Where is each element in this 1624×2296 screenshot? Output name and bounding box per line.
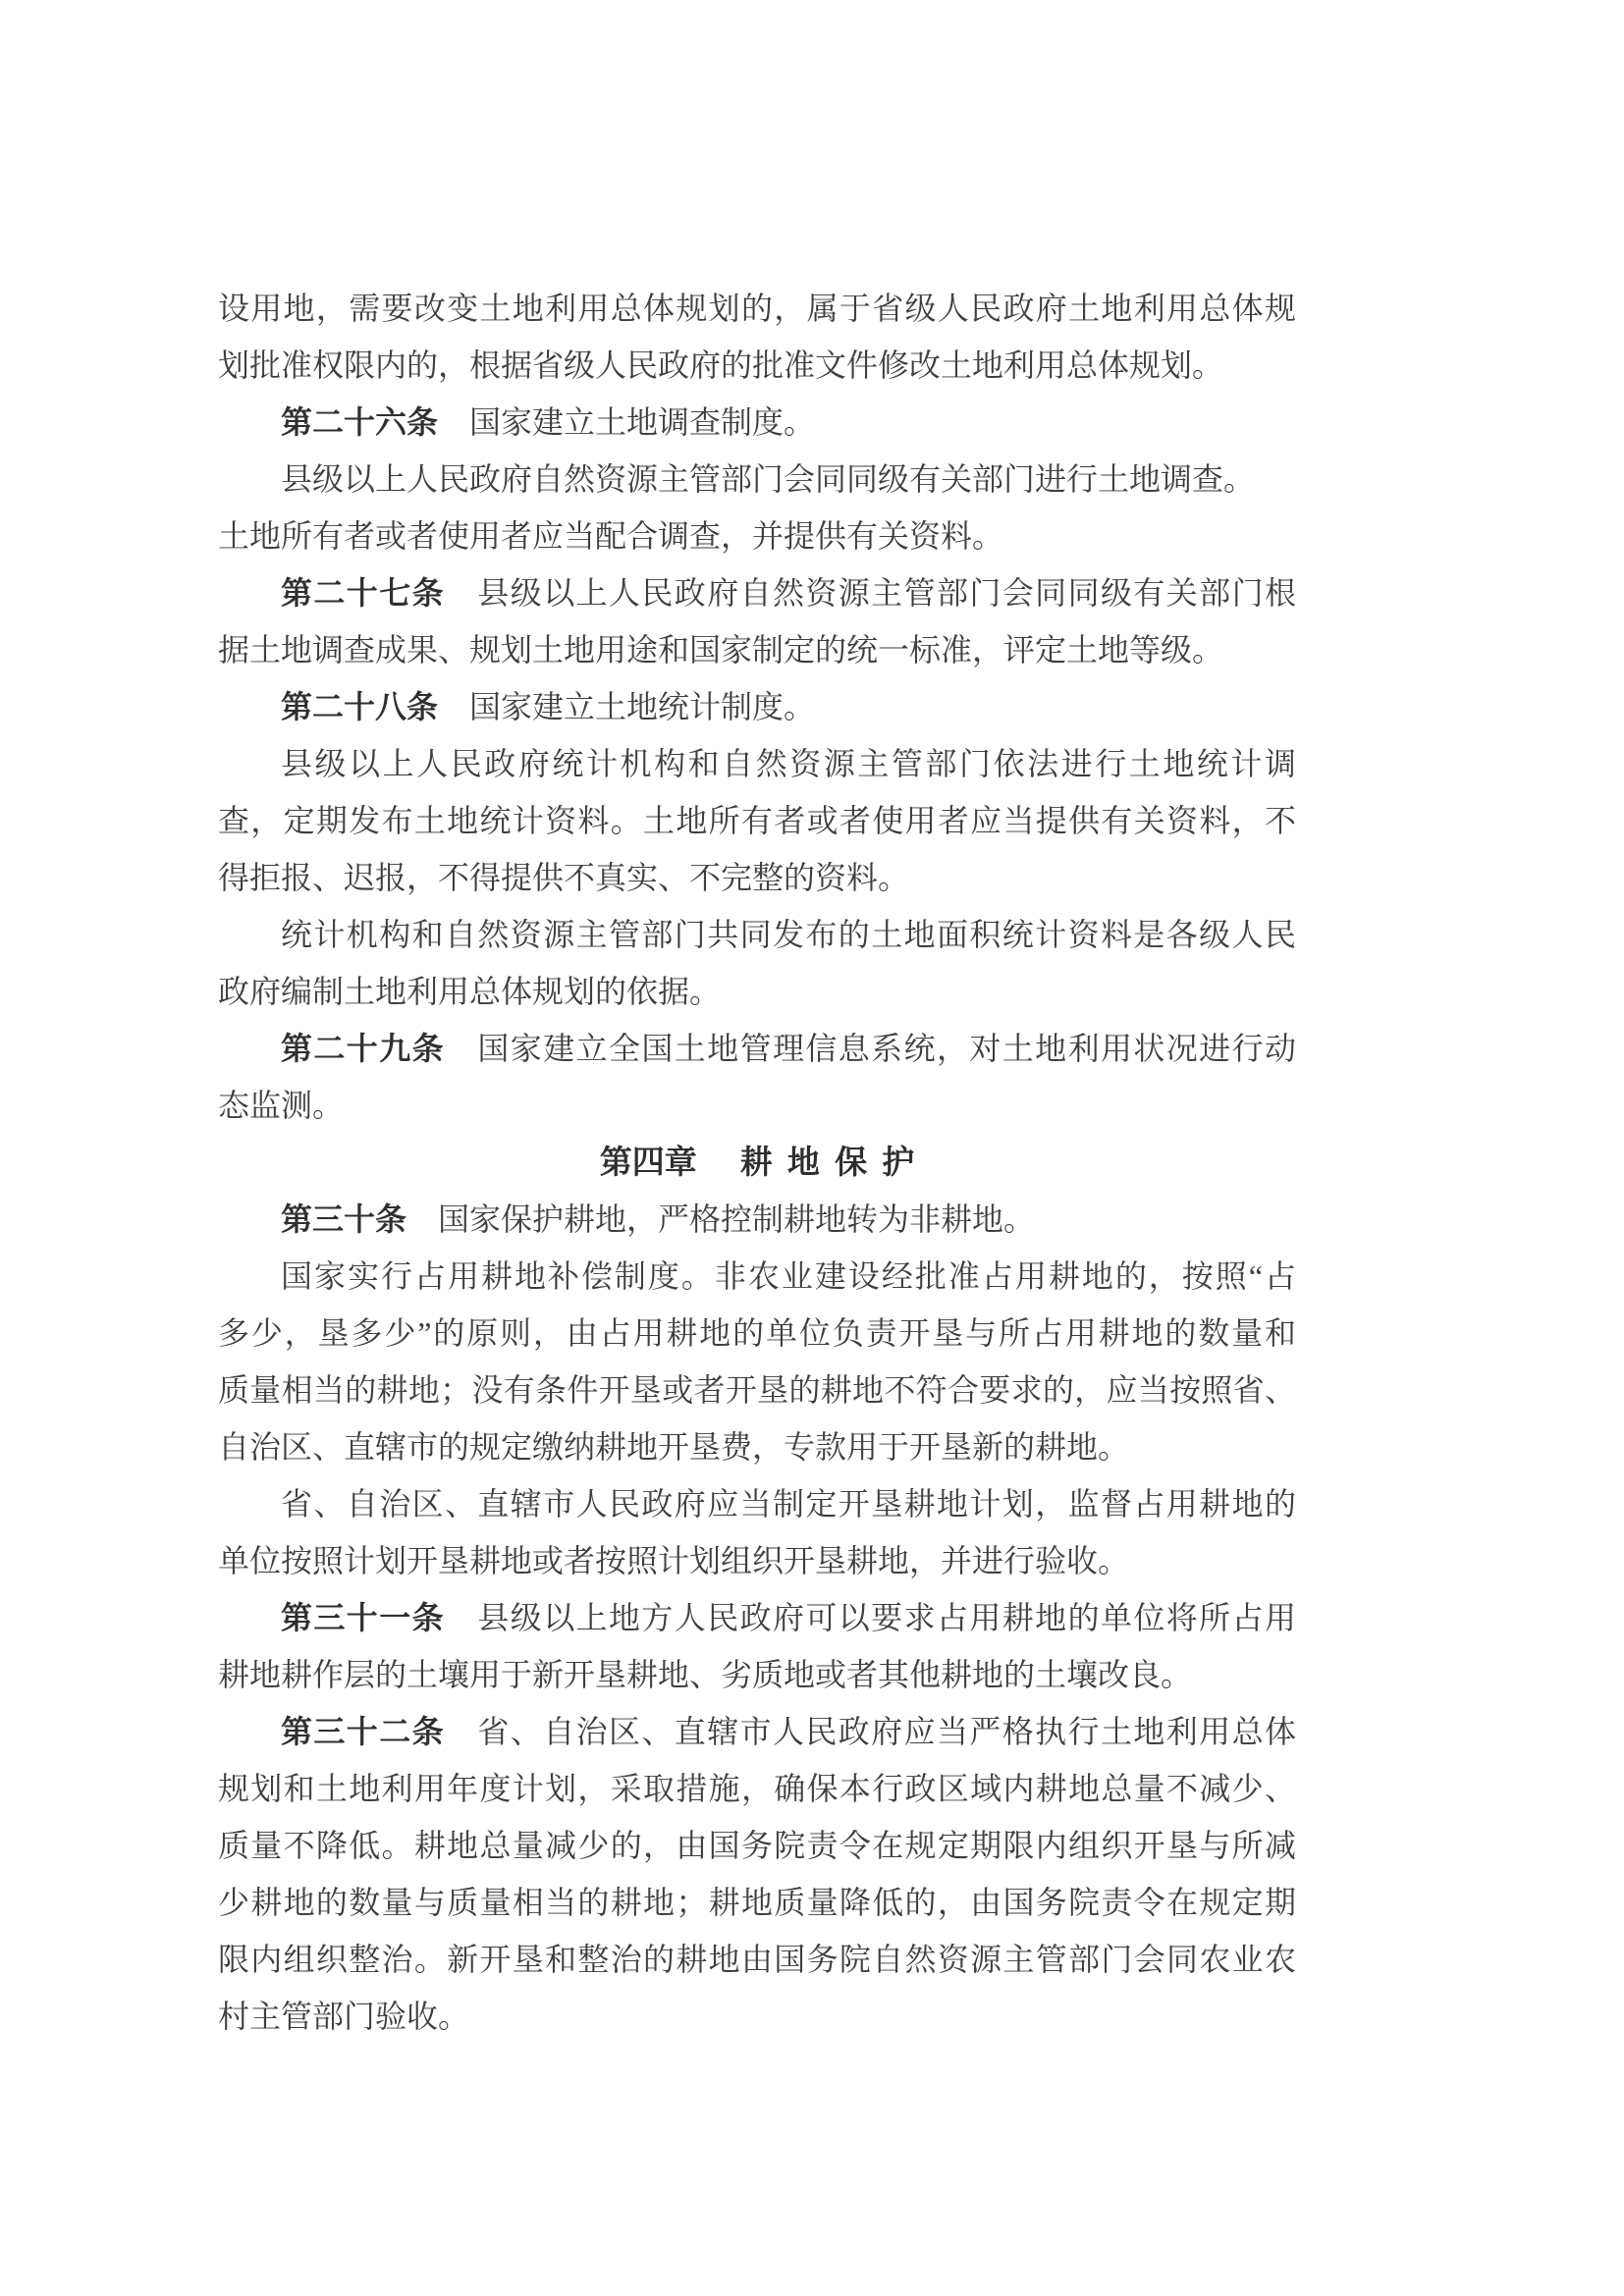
text-line-17: 第三十条国家保护耕地，严格控制耕地转为非耕地。 [218,1191,1296,1248]
text-line-11: 得拒报、迟报，不得提供不真实、不完整的资料。 [218,849,1296,906]
article-number: 第二十九条 [281,1031,445,1066]
text-line-19: 多少，垦多少”的原则，由占用耕地的单位负责开垦与所占用耕地的数量和 [218,1305,1296,1362]
line-text: 单位按照计划开垦耕地或者按照计划组织开垦耕地，并进行验收。 [218,1543,1129,1578]
line-text: 查，定期发布土地统计资料。土地所有者或者使用者应当提供有关资料，不 [218,803,1296,838]
line-text: 划批准权限内的，根据省级人民政府的批准文件修改土地利用总体规划。 [218,347,1223,383]
text-line-7: 据土地调查成果、规划土地用途和国家制定的统一标准，评定土地等级。 [218,621,1296,678]
text-line-12: 统计机构和自然资源主管部门共同发布的土地面积统计资料是各级人民 [218,906,1296,963]
line-text: 县级以上人民政府统计机构和自然资源主管部门依法进行土地统计调 [281,746,1296,781]
text-line-5: 土地所有者或者使用者应当配合调查，并提供有关资料。 [218,507,1296,564]
text-line-15: 态监测。 [218,1077,1296,1134]
line-text: 质量相当的耕地；没有条件开垦或者开垦的耕地不符合要求的，应当按照省、 [218,1372,1296,1408]
line-text: 耕地耕作层的土壤用于新开垦耕地、劣质地或者其他耕地的土壤改良。 [218,1657,1192,1692]
text-line-3: 第二十六条国家建立土地调查制度。 [218,394,1296,451]
article-number: 第三十条 [281,1201,406,1237]
line-text: 国家实行占用耕地补偿制度。非农业建设经批准占用耕地的，按照“占 [281,1258,1296,1294]
text-line-29: 少耕地的数量与质量相当的耕地；耕地质量降低的，由国务院责令在规定期 [218,1874,1296,1931]
text-line-13: 政府编制土地利用总体规划的依据。 [218,963,1296,1020]
text-line-9: 县级以上人民政府统计机构和自然资源主管部门依法进行土地统计调 [218,735,1296,792]
line-text: 态监测。 [218,1088,344,1123]
line-text: 国家建立全国土地管理信息系统，对土地利用状况进行动 [476,1031,1296,1066]
line-text: 国家建立土地调查制度。 [469,404,815,440]
chapter-number: 第四章 [600,1144,697,1180]
text-line-4: 县级以上人民政府自然资源主管部门会同同级有关部门进行土地调查。 [218,451,1296,507]
text-line-25: 耕地耕作层的土壤用于新开垦耕地、劣质地或者其他耕地的土壤改良。 [218,1646,1296,1703]
text-line-1: 设用地，需要改变土地利用总体规划的，属于省级人民政府土地利用总体规 [218,280,1296,337]
article-number: 第三十一条 [281,1600,445,1635]
text-line-28: 质量不降低。耕地总量减少的，由国务院责令在规定期限内组织开垦与所减 [218,1817,1296,1874]
text-line-30: 限内组织整治。新开垦和整治的耕地由国务院自然资源主管部门会同农业农 [218,1931,1296,1988]
text-line-23: 单位按照计划开垦耕地或者按照计划组织开垦耕地，并进行验收。 [218,1532,1296,1589]
text-line-31: 村主管部门验收。 [218,1988,1296,2045]
line-text: 县级以上人民政府自然资源主管部门会同同级有关部门进行土地调查。 [281,461,1255,497]
line-text: 县级以上地方人民政府可以要求占用耕地的单位将所占用 [476,1600,1296,1635]
text-line-27: 规划和土地利用年度计划，采取措施，确保本行政区域内耕地总量不减少、 [218,1760,1296,1817]
line-text: 土地所有者或者使用者应当配合调查，并提供有关资料。 [218,518,1003,554]
article-number: 第二十八条 [281,689,438,724]
text-line-20: 质量相当的耕地；没有条件开垦或者开垦的耕地不符合要求的，应当按照省、 [218,1362,1296,1418]
line-text: 国家保护耕地，严格控制耕地转为非耕地。 [438,1201,1035,1237]
text-line-21: 自治区、直辖市的规定缴纳耕地开垦费，专款用于开垦新的耕地。 [218,1418,1296,1475]
text-line-14: 第二十九条国家建立全国土地管理信息系统，对土地利用状况进行动 [218,1020,1296,1077]
line-text: 村主管部门验收。 [218,1999,469,2034]
article-number: 第三十二条 [281,1714,445,1749]
text-line-6: 第二十七条县级以上人民政府自然资源主管部门会同同级有关部门根 [218,564,1296,621]
line-text: 据土地调查成果、规划土地用途和国家制定的统一标准，评定土地等级。 [218,632,1223,667]
line-text: 省、自治区、直辖市人民政府应当严格执行土地利用总体 [476,1714,1296,1749]
article-number: 第二十七条 [281,575,445,611]
chapter-title: 耕 地 保 护 [740,1144,915,1180]
line-text: 国家建立土地统计制度。 [469,689,815,724]
line-text: 省、自治区、直辖市人民政府应当制定开垦耕地计划，监督占用耕地的 [281,1486,1296,1522]
line-text: 设用地，需要改变土地利用总体规划的，属于省级人民政府土地利用总体规 [218,291,1296,326]
line-text: 多少，垦多少”的原则，由占用耕地的单位负责开垦与所占用耕地的数量和 [218,1315,1296,1351]
line-text: 县级以上人民政府自然资源主管部门会同同级有关部门根 [476,575,1296,611]
document-page: 设用地，需要改变土地利用总体规划的，属于省级人民政府土地利用总体规划批准权限内的… [0,0,1624,2296]
text-line-22: 省、自治区、直辖市人民政府应当制定开垦耕地计划，监督占用耕地的 [218,1475,1296,1532]
text-line-24: 第三十一条县级以上地方人民政府可以要求占用耕地的单位将所占用 [218,1589,1296,1646]
line-text: 政府编制土地利用总体规划的依据。 [218,974,721,1009]
text-line-18: 国家实行占用耕地补偿制度。非农业建设经批准占用耕地的，按照“占 [218,1248,1296,1305]
text-line-26: 第三十二条省、自治区、直辖市人民政府应当严格执行土地利用总体 [218,1703,1296,1760]
article-number: 第二十六条 [281,404,438,440]
line-text: 得拒报、迟报，不得提供不真实、不完整的资料。 [218,860,909,895]
text-block: 设用地，需要改变土地利用总体规划的，属于省级人民政府土地利用总体规划批准权限内的… [218,280,1296,2045]
line-text: 质量不降低。耕地总量减少的，由国务院责令在规定期限内组织开垦与所减 [218,1828,1296,1863]
text-line-8: 第二十八条国家建立土地统计制度。 [218,678,1296,735]
chapter-heading: 第四章耕 地 保 护 [218,1134,1296,1191]
line-text: 规划和土地利用年度计划，采取措施，确保本行政区域内耕地总量不减少、 [218,1771,1296,1806]
line-text: 少耕地的数量与质量相当的耕地；耕地质量降低的，由国务院责令在规定期 [218,1885,1296,1920]
line-text: 统计机构和自然资源主管部门共同发布的土地面积统计资料是各级人民 [281,917,1296,952]
text-line-2: 划批准权限内的，根据省级人民政府的批准文件修改土地利用总体规划。 [218,337,1296,394]
text-line-10: 查，定期发布土地统计资料。土地所有者或者使用者应当提供有关资料，不 [218,792,1296,849]
line-text: 自治区、直辖市的规定缴纳耕地开垦费，专款用于开垦新的耕地。 [218,1429,1129,1465]
line-text: 限内组织整治。新开垦和整治的耕地由国务院自然资源主管部门会同农业农 [218,1942,1296,1977]
